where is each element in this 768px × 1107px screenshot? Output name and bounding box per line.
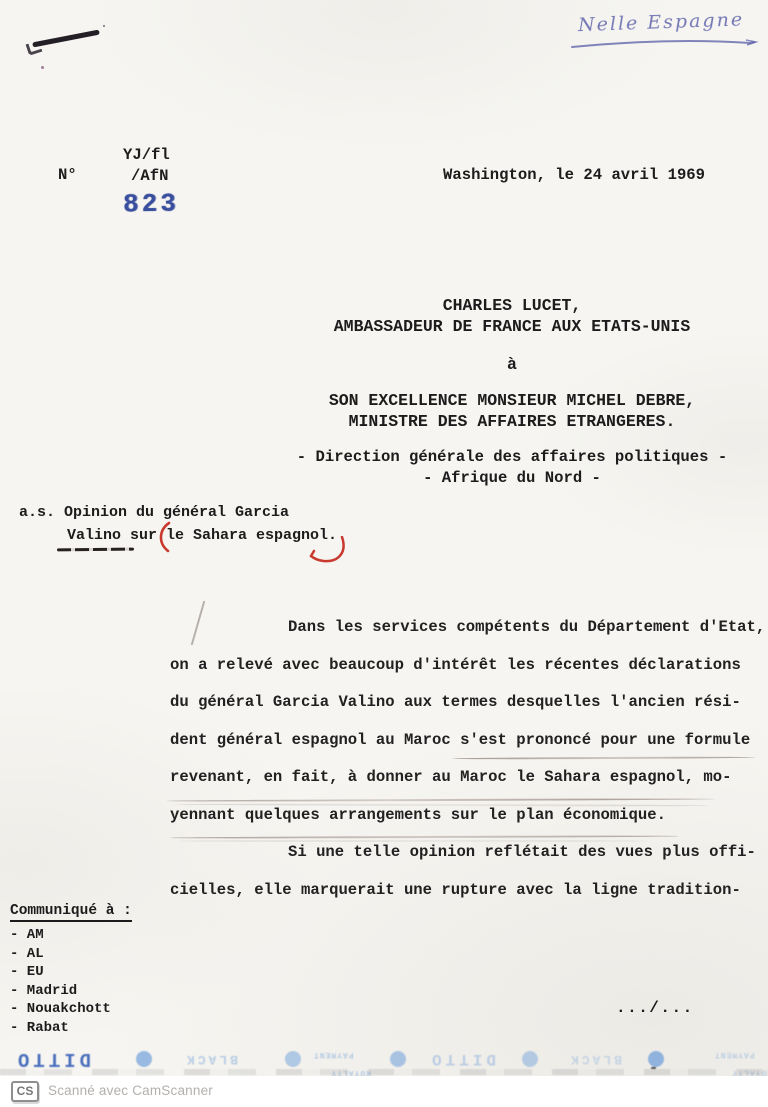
stamp-dot: [285, 1051, 301, 1067]
red-check-mark: [309, 536, 349, 564]
subject-underline: [57, 548, 134, 552]
handwritten-underline: [568, 36, 760, 52]
stamp-dot: [522, 1051, 538, 1067]
camscanner-footer: CS Scanné avec CamScanner: [0, 1076, 768, 1107]
region-line: - Afrique du Nord -: [272, 469, 752, 487]
payment-word: PAYMENT: [714, 1050, 755, 1059]
service-line: - Direction générale des affaires politi…: [272, 448, 752, 466]
recipient-title: MINISTRE DES AFFAIRES ETRANGERES.: [272, 412, 752, 431]
distribution-item: - AL: [10, 945, 132, 964]
ref-line-1: YJ/fl: [123, 146, 170, 164]
recipient-name: SON EXCELLENCE MONSIEUR MICHEL DEBRE,: [272, 391, 752, 410]
subject-line-1: a.s. Opinion du général Garcia: [19, 504, 289, 521]
pencil-underline-2: [166, 798, 716, 802]
body-line: Dans les services compétents du Départem…: [288, 618, 765, 636]
camscanner-logo: CS: [11, 1081, 39, 1102]
ref-line-2: /AfN: [131, 167, 168, 185]
distribution-item: - EU: [10, 963, 132, 982]
sender-name: CHARLES LUCET,: [272, 296, 752, 315]
stamp-dot: [136, 1051, 152, 1067]
continuation-mark: .../...: [616, 999, 694, 1017]
ditto-stamp: DITTO: [428, 1050, 496, 1068]
distribution-item: - Rabat: [10, 1019, 132, 1038]
distribution-block: Communiqué à : - AM - AL - EU - Madrid -…: [10, 901, 132, 1038]
stamp-dot: [648, 1051, 664, 1067]
pencil-underline-3-echo: [178, 840, 648, 842]
dateline: Washington, le 24 avril 1969: [443, 166, 705, 184]
pencil-slash-mark: [191, 601, 206, 646]
body-line: dent général espagnol au Maroc s'est pro…: [170, 731, 750, 749]
address-preposition: à: [272, 355, 752, 374]
sender-title: AMBASSADEUR DE FRANCE AUX ETATS-UNIS: [272, 317, 752, 336]
body-line: yennant quelques arrangements sur le pla…: [170, 806, 666, 824]
black-stamp: BLACK: [184, 1052, 238, 1067]
subject-line-2: Valino sur le Sahara espagnol.: [67, 527, 337, 544]
body-line: Si une telle opinion reflétait des vues …: [288, 843, 756, 861]
ink-stroke-bar: [32, 30, 100, 48]
handwritten-note: Nelle Espagne: [578, 8, 759, 36]
stamp-dot: [390, 1051, 406, 1067]
registry-number-stamp: 823: [123, 189, 179, 220]
ink-speck: [103, 25, 105, 27]
body-line: du général Garcia Valino aux termes desq…: [170, 693, 741, 711]
distribution-items: - AM - AL - EU - Madrid - Nouakchott - R…: [10, 926, 132, 1038]
pencil-underline-1: [452, 756, 755, 759]
ditto-stamp: DITTO: [14, 1048, 91, 1070]
paper-edge-band: [0, 1069, 768, 1075]
payment-word: PAYMENT: [313, 1050, 354, 1059]
black-stamp: BLACK: [568, 1052, 622, 1067]
distribution-item: - Nouakchott: [10, 1000, 132, 1019]
camscanner-label: Scanné avec CamScanner: [48, 1083, 213, 1098]
body-line: on a relevé avec beaucoup d'intérêt les …: [170, 656, 741, 674]
ref-number-label: N°: [58, 166, 77, 184]
red-paren-mark: [153, 521, 175, 553]
scanned-letter-page: Nelle Espagne YJ/fl N° /AfN 823 Washingt…: [0, 0, 768, 1107]
distribution-item: - Madrid: [10, 982, 132, 1001]
body-line: cielles, elle marquerait une rupture ave…: [170, 881, 741, 899]
pencil-underline-3: [170, 835, 679, 839]
body-line: revenant, en fait, à donner au Maroc le …: [170, 768, 731, 786]
distribution-title: Communiqué à :: [10, 903, 132, 922]
distribution-item: - AM: [10, 926, 132, 945]
ink-speck: [41, 66, 44, 69]
